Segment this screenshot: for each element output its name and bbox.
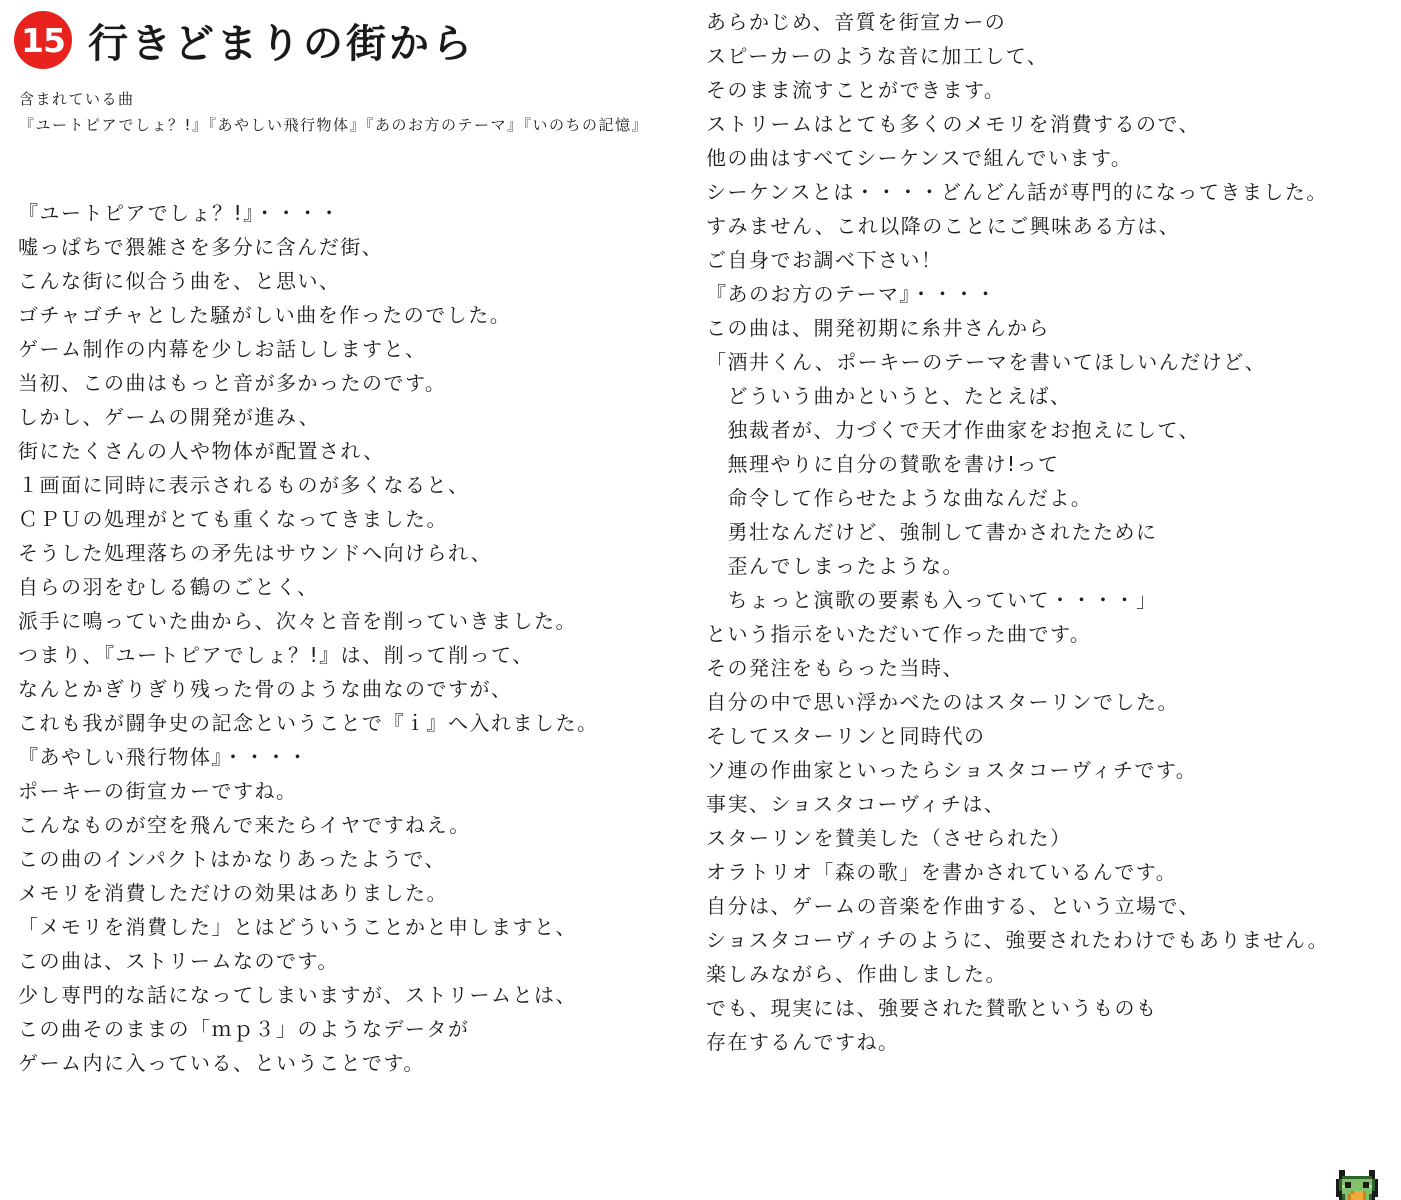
included-songs-block: 含まれている曲 『ユートピアでしょ？!』『あやしい飛行物体』『あのお方のテーマ』…	[19, 86, 648, 138]
text-line: 存在するんですね。	[706, 1025, 1329, 1059]
text-line: 少し専門的な話になってしまいますが、ストリームとは、	[18, 978, 599, 1012]
text-line: １画面に同時に表示されるものが多くなると、	[18, 468, 599, 502]
text-line: メモリを消費しただけの効果はありました。	[18, 876, 599, 910]
text-line: こんな街に似合う曲を、と思い、	[18, 264, 599, 298]
text-line: これも我が闘争史の記念ということで『ｉ』へ入れました。	[18, 706, 599, 740]
text-line: そうした処理落ちの矛先はサウンドへ向けられ、	[18, 536, 599, 570]
text-line: 『ユートピアでしょ？!』・・・・	[18, 196, 599, 230]
text-line: 独裁者が、力づくで天才作曲家をお抱えにして、	[706, 413, 1329, 447]
text-line: つまり、『ユートピアでしょ？!』は、削って削って、	[18, 638, 599, 672]
text-line: 命令して作らせたような曲なんだよ。	[706, 481, 1329, 515]
text-line: シーケンスとは・・・・どんどん話が専門的になってきました。	[706, 175, 1329, 209]
text-line: 「メモリを消費した」とはどういうことかと申しますと、	[18, 910, 599, 944]
text-line: 自分は、ゲームの音楽を作曲する、という立場で、	[706, 889, 1329, 923]
text-line: 楽しみながら、作曲しました。	[706, 957, 1329, 991]
text-line: そしてスターリンと同時代の	[706, 719, 1329, 753]
text-line: 自らの羽をむしる鶴のごとく、	[18, 570, 599, 604]
text-line: 無理やりに自分の賛歌を書け!って	[706, 447, 1329, 481]
text-line: ちょっと演歌の要素も入っていて・・・・」	[706, 583, 1329, 617]
text-line: 『あのお方のテーマ』・・・・	[706, 277, 1329, 311]
text-line: 自分の中で思い浮かべたのはスターリンでした。	[706, 685, 1329, 719]
text-line: ＣＰＵの処理がとても重くなってきました。	[18, 502, 599, 536]
text-line: 他の曲はすべてシーケンスで組んでいます。	[706, 141, 1329, 175]
text-line: どういう曲かというと、たとえば、	[706, 379, 1329, 413]
text-line: 嘘っぱちで猥雑さを多分に含んだ街、	[18, 230, 599, 264]
text-line: ショスタコーヴィチのように、強要されたわけでもありません。	[706, 923, 1329, 957]
text-line: オラトリオ「森の歌」を書かされているんです。	[706, 855, 1329, 889]
text-line: ポーキーの街宣カーですね。	[18, 774, 599, 808]
text-line: 『あやしい飛行物体』・・・・	[18, 740, 599, 774]
text-line: あらかじめ、音質を街宣カーの	[706, 5, 1329, 39]
text-line: 勇壮なんだけど、強制して書かされたために	[706, 515, 1329, 549]
text-line: こんなものが空を飛んで来たらイヤですねえ。	[18, 808, 599, 842]
page-title: 行きどまりの街から	[88, 12, 475, 69]
text-line: 事実、ショスタコーヴィチは、	[706, 787, 1329, 821]
text-line: この曲のインパクトはかなりあったようで、	[18, 842, 599, 876]
text-line: 「酒井くん、ポーキーのテーマを書いてほしいんだけど、	[706, 345, 1329, 379]
text-line: すみません、これ以降のことにご興味ある方は、	[706, 209, 1329, 243]
text-line: この曲そのままの「ｍｐ３」のようなデータが	[18, 1012, 599, 1046]
text-line: ストリームはとても多くのメモリを消費するので、	[706, 107, 1329, 141]
track-number-badge: 15	[14, 11, 72, 69]
text-line: スピーカーのような音に加工して、	[706, 39, 1329, 73]
text-line: そのまま流すことができます。	[706, 73, 1329, 107]
body-text-right-column: あらかじめ、音質を街宣カーのスピーカーのような音に加工して、そのまま流すことがで…	[706, 5, 1329, 1059]
text-line: ソ連の作曲家といったらショスタコーヴィチです。	[706, 753, 1329, 787]
text-line: この曲は、開発初期に糸井さんから	[706, 311, 1329, 345]
included-songs-list: 『ユートピアでしょ？!』『あやしい飛行物体』『あのお方のテーマ』『いのちの記憶』	[19, 112, 648, 138]
text-line: なんとかぎりぎり残った骨のような曲なのですが、	[18, 672, 599, 706]
text-line: 歪んでしまったような。	[706, 549, 1329, 583]
body-text-left-column: 『ユートピアでしょ？!』・・・・嘘っぱちで猥雑さを多分に含んだ街、こんな街に似合…	[18, 196, 599, 1080]
text-line: この曲は、ストリームなのです。	[18, 944, 599, 978]
text-line: 派手に鳴っていた曲から、次々と音を削っていきました。	[18, 604, 599, 638]
text-line: ゴチャゴチャとした騒がしい曲を作ったのでした。	[18, 298, 599, 332]
text-line: ゲーム内に入っている、ということです。	[18, 1046, 599, 1080]
text-line: その発注をもらった当時、	[706, 651, 1329, 685]
text-line: でも、現実には、強要された賛歌というものも	[706, 991, 1329, 1025]
included-songs-label: 含まれている曲	[19, 86, 648, 112]
frog-icon	[1336, 1170, 1378, 1200]
text-line: ご自身でお調べ下さい！	[706, 243, 1329, 277]
text-line: ゲーム制作の内幕を少しお話ししますと、	[18, 332, 599, 366]
track-header: 15 行きどまりの街から	[14, 11, 475, 69]
text-line: という指示をいただいて作った曲です。	[706, 617, 1329, 651]
text-line: 街にたくさんの人や物体が配置され、	[18, 434, 599, 468]
text-line: スターリンを賛美した（させられた）	[706, 821, 1329, 855]
text-line: 当初、この曲はもっと音が多かったのです。	[18, 366, 599, 400]
text-line: しかし、ゲームの開発が進み、	[18, 400, 599, 434]
